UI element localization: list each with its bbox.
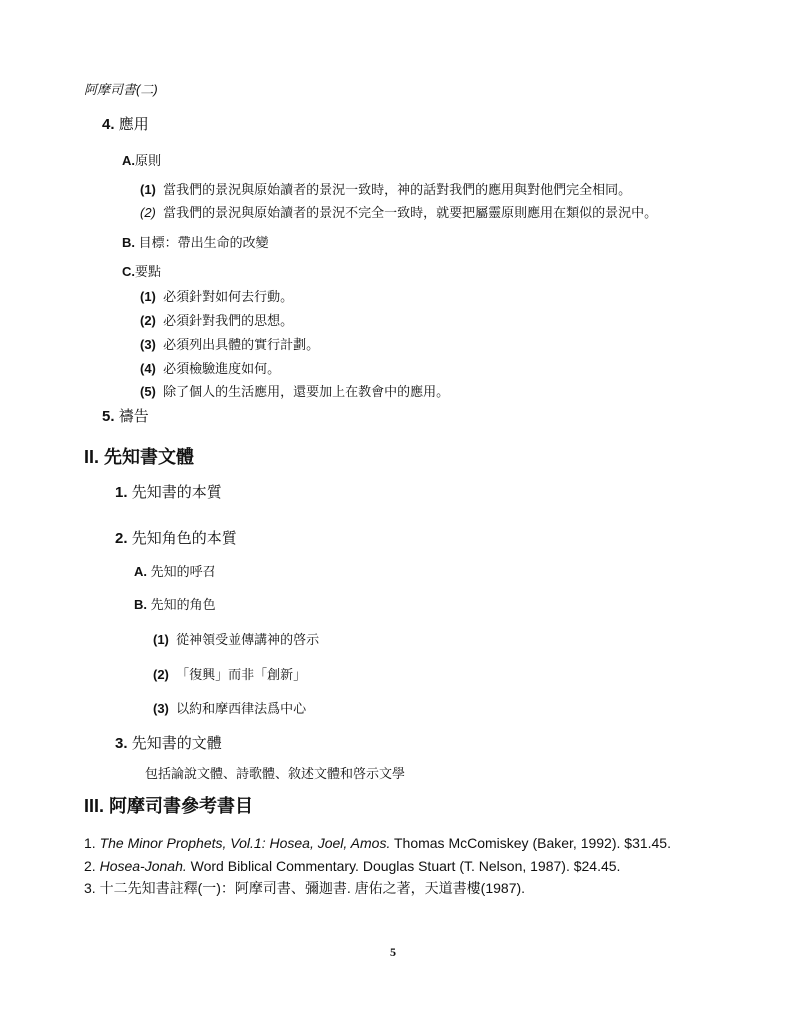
ref-number: 3. xyxy=(84,880,96,896)
ref-details: Word Biblical Commentary. Douglas Stuart… xyxy=(187,858,621,874)
item-number: 1. xyxy=(115,484,128,501)
principle-2: (2) 當我們的景況與原始讀者的景況不完全一致時，就要把屬靈原則應用在類似的景況… xyxy=(140,206,657,219)
reference-1: 1. The Minor Prophets, Vol.1: Hosea, Joe… xyxy=(84,836,671,850)
item-number: (5) xyxy=(140,384,156,399)
item-5-prayer: 5. 禱告 xyxy=(102,409,149,424)
ii-2-a: A. 先知的呼召 xyxy=(134,565,216,578)
item-4-application: 4. 應用 xyxy=(102,117,149,132)
item-number: (3) xyxy=(153,701,169,716)
item-number: (4) xyxy=(140,361,156,376)
ii-item-3: 3. 先知書的文體 xyxy=(115,736,222,751)
item-number: (1) xyxy=(140,182,156,197)
reference-2: 2. Hosea-Jonah. Word Biblical Commentary… xyxy=(84,859,620,873)
role-1: (1) 從神領受並傳講神的啓示 xyxy=(153,633,319,646)
item-number: C. xyxy=(122,264,135,279)
ii-item-2: 2. 先知角色的本質 xyxy=(115,531,237,546)
item-number: (2) xyxy=(140,205,156,220)
item-label: 原則 xyxy=(135,153,161,168)
section-number: II. xyxy=(84,447,99,467)
item-label: 禱告 xyxy=(119,408,149,425)
item-number: (1) xyxy=(140,289,156,304)
subitem-c-key-points: C.要點 xyxy=(122,265,161,278)
item-number: B. xyxy=(122,235,135,250)
item-label: 應用 xyxy=(119,116,149,133)
key-point-3: (3) 必須列出具體的實行計劃。 xyxy=(140,338,319,351)
item-number: 2. xyxy=(115,530,128,547)
item-text: 從神領受並傳講神的啓示 xyxy=(176,632,319,647)
role-3: (3) 以約和摩西律法爲中心 xyxy=(153,702,306,715)
subitem-b-goal: B. 目標：帶出生命的改變 xyxy=(122,236,269,249)
item-label: 先知書的文體 xyxy=(132,735,222,752)
ref-title: Hosea-Jonah. xyxy=(100,858,187,874)
item-number: (3) xyxy=(140,337,156,352)
subitem-a-principles: A.原則 xyxy=(122,154,161,167)
page-number: 5 xyxy=(390,946,396,958)
item-text: 以約和摩西律法爲中心 xyxy=(176,701,306,716)
key-point-5: (5) 除了個人的生活應用，還要加上在教會中的應用。 xyxy=(140,385,449,398)
item-label: 先知角色的本質 xyxy=(132,530,237,547)
ref-details: 十二先知書註釋(一)：阿摩司書、彌迦書. 唐佑之著，天道書樓(1987). xyxy=(96,880,525,896)
item-text: 除了個人的生活應用，還要加上在教會中的應用。 xyxy=(163,384,449,399)
item-text: 必須列出具體的實行計劃。 xyxy=(163,337,319,352)
item-number: (1) xyxy=(153,632,169,647)
item-text: 必須針對如何去行動。 xyxy=(163,289,293,304)
ii-item-1: 1. 先知書的本質 xyxy=(115,485,222,500)
item-number: 3. xyxy=(115,735,128,752)
item-number: A. xyxy=(122,153,135,168)
section-title: 先知書文體 xyxy=(104,447,194,467)
key-point-2: (2) 必須針對我們的思想。 xyxy=(140,314,293,327)
ref-title: The Minor Prophets, Vol.1: Hosea, Joel, … xyxy=(100,835,391,851)
ref-number: 2. xyxy=(84,858,96,874)
item-number: (2) xyxy=(140,313,156,328)
item-label: 先知的角色 xyxy=(151,597,216,612)
item-number: B. xyxy=(134,597,147,612)
section-heading-iii: III. 阿摩司書參考書目 xyxy=(84,797,253,815)
running-header: 阿摩司書(二) xyxy=(84,83,158,96)
key-point-4: (4) 必須檢驗進度如何。 xyxy=(140,362,280,375)
item-label: 要點 xyxy=(135,264,161,279)
item-text: 「復興」而非「創新」 xyxy=(176,667,306,682)
item-label: 目標：帶出生命的改變 xyxy=(139,235,269,250)
item-label: 先知書的本質 xyxy=(132,484,222,501)
item-number: (2) xyxy=(153,667,169,682)
item-text: 當我們的景況與原始讀者的景況一致時，神的話對我們的應用與對他們完全相同。 xyxy=(163,182,631,197)
reference-3: 3. 十二先知書註釋(一)：阿摩司書、彌迦書. 唐佑之著，天道書樓(1987). xyxy=(84,881,525,895)
ii-3-description: 包括論說文體、詩歌體、敘述文體和啓示文學 xyxy=(145,767,405,780)
item-number: A. xyxy=(134,564,147,579)
section-title: 阿摩司書參考書目 xyxy=(109,796,253,816)
role-2: (2) 「復興」而非「創新」 xyxy=(153,668,306,681)
key-point-1: (1) 必須針對如何去行動。 xyxy=(140,290,293,303)
ref-number: 1. xyxy=(84,835,96,851)
item-label: 先知的呼召 xyxy=(151,564,216,579)
section-number: III. xyxy=(84,796,104,816)
item-number: 5. xyxy=(102,408,115,425)
item-number: 4. xyxy=(102,116,115,133)
item-text: 當我們的景況與原始讀者的景況不完全一致時，就要把屬靈原則應用在類似的景況中。 xyxy=(163,205,657,220)
item-text: 必須檢驗進度如何。 xyxy=(163,361,280,376)
ref-details: Thomas McComiskey (Baker, 1992). $31.45. xyxy=(390,835,671,851)
ii-2-b: B. 先知的角色 xyxy=(134,598,216,611)
principle-1: (1) 當我們的景況與原始讀者的景況一致時，神的話對我們的應用與對他們完全相同。 xyxy=(140,183,631,196)
section-heading-ii: II. 先知書文體 xyxy=(84,448,194,466)
item-text: 必須針對我們的思想。 xyxy=(163,313,293,328)
